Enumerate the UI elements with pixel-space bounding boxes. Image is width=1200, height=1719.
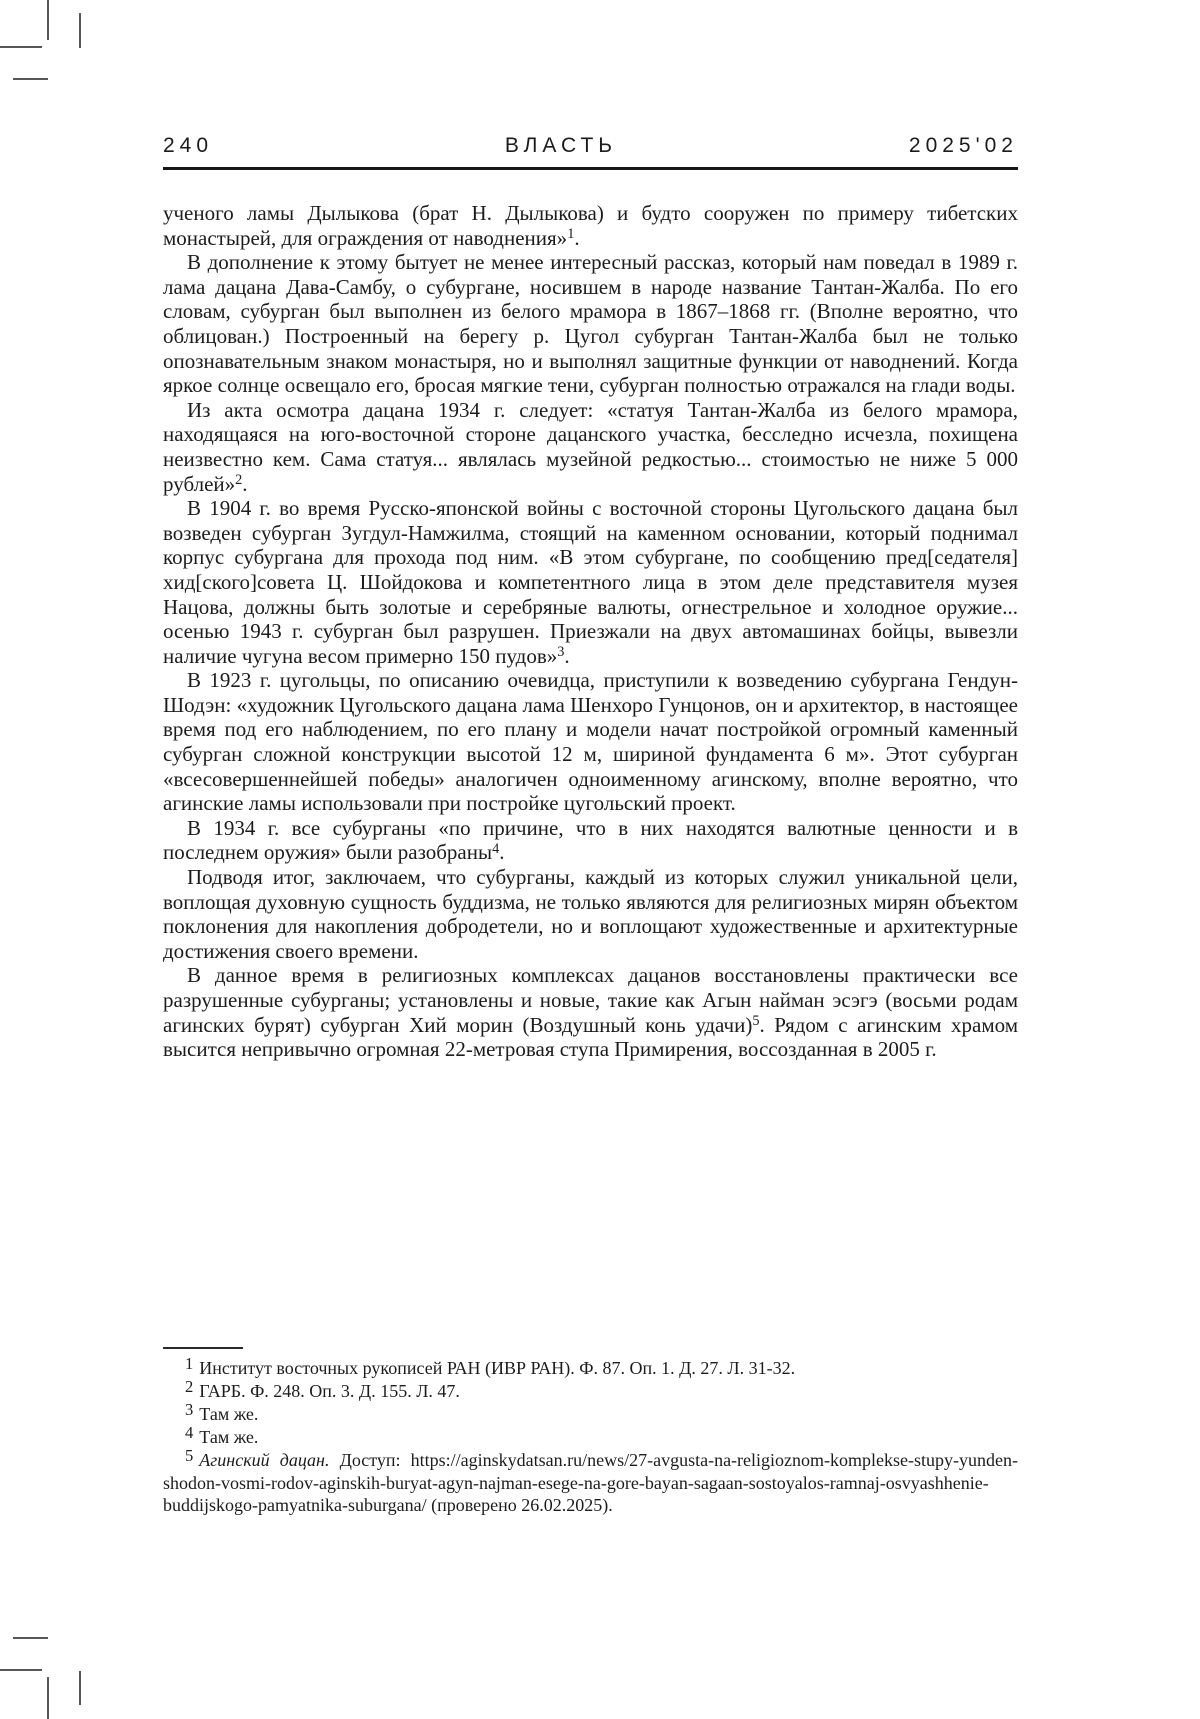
page-number: 240 xyxy=(163,134,213,158)
header-rule xyxy=(163,167,1018,170)
footnote: 4Там же. xyxy=(163,1426,1018,1449)
footnote: 5Агинский дацан. Доступ: https://aginsky… xyxy=(163,1449,1018,1516)
footnote-ref: 4 xyxy=(492,841,499,857)
footnote-number: 4 xyxy=(185,1423,193,1442)
paragraph: Подводя итог, заключаем, что субурганы, … xyxy=(163,865,1018,963)
footnote: 1Институт восточных рукописей РАН (ИВР Р… xyxy=(163,1357,1018,1380)
crop-mark xyxy=(79,1671,81,1705)
crop-mark xyxy=(13,78,48,80)
footnote-ref: 1 xyxy=(567,226,574,242)
paragraph: В данное время в религиозных комплексах … xyxy=(163,963,1018,1061)
crop-mark xyxy=(0,1669,42,1671)
crop-mark xyxy=(79,13,81,48)
crop-mark xyxy=(47,1677,49,1719)
paragraph: В 1904 г. во время Русско-японской войны… xyxy=(163,496,1018,668)
footnote-number: 3 xyxy=(185,1400,193,1419)
paragraph: ученого ламы Дылыкова (брат Н. Дылыкова)… xyxy=(163,201,1018,250)
journal-page: 240 ВЛАСТЬ 2025'02 ученого ламы Дылыкова… xyxy=(0,0,1200,1719)
crop-mark xyxy=(0,46,42,48)
footnote-number: 1 xyxy=(185,1354,193,1373)
footnote-ref: 3 xyxy=(557,644,564,660)
running-head: 240 ВЛАСТЬ 2025'02 xyxy=(163,134,1018,158)
footnote-number: 2 xyxy=(185,1377,193,1396)
footnote: 3Там же. xyxy=(163,1403,1018,1426)
footnote-number: 5 xyxy=(185,1446,193,1465)
footnote: 2ГАРБ. Ф. 248. Оп. 3. Д. 155. Л. 47. xyxy=(163,1380,1018,1403)
crop-mark xyxy=(47,0,49,40)
journal-title: ВЛАСТЬ xyxy=(505,134,617,158)
crop-mark xyxy=(13,1637,48,1639)
footnotes-list: 1Институт восточных рукописей РАН (ИВР Р… xyxy=(163,1357,1018,1516)
footnote-ref: 2 xyxy=(235,472,242,488)
paragraph: В 1934 г. все субурганы «по причине, что… xyxy=(163,816,1018,865)
paragraph: В дополнение к этому бытует не менее инт… xyxy=(163,250,1018,398)
paragraph: Из акта осмотра дацана 1934 г. следует: … xyxy=(163,398,1018,496)
footnote-separator xyxy=(163,1347,243,1349)
footnote-ref: 5 xyxy=(752,1013,759,1029)
italic-text: Агинский дацан. xyxy=(199,1450,329,1470)
paragraph: В 1923 г. цугольцы, по описанию очевидца… xyxy=(163,668,1018,816)
article-body: ученого ламы Дылыкова (брат Н. Дылыкова)… xyxy=(163,201,1018,1062)
issue-number: 2025'02 xyxy=(909,134,1018,158)
